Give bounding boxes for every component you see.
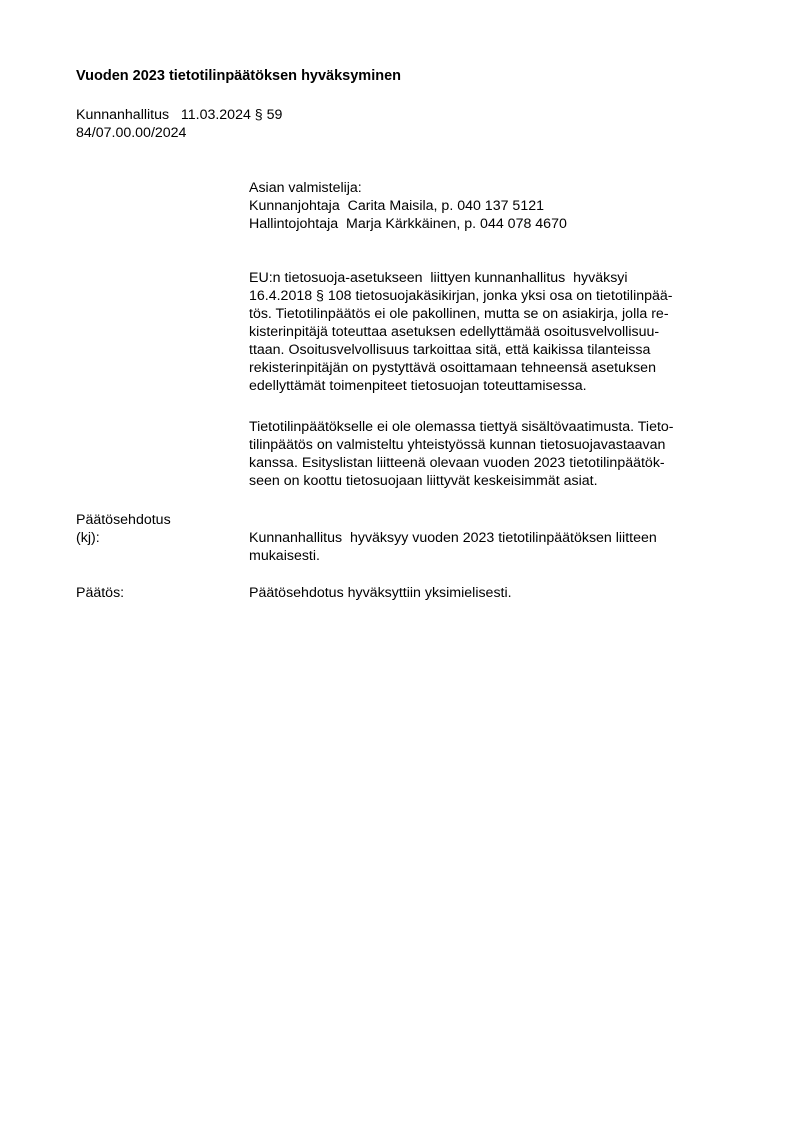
decision-label: Päätös: [76,584,124,602]
proposal-label-line: (kj): [76,529,171,547]
text-line: 16.4.2018 § 108 tietosuojakäsikirjan, jo… [249,287,739,305]
proposal-text: Kunnanhallitus hyväksyy vuoden 2023 tiet… [249,529,739,565]
meeting-meta: Kunnanhallitus 11.03.2024 § 59 84/07.00.… [76,106,282,142]
text-line: Tietotilinpäätökselle ei ole olemassa ti… [249,418,739,436]
text-line: ttaan. Osoitusvelvollisuus tarkoittaa si… [249,341,739,359]
decision-text: Päätösehdotus hyväksyttiin yksimielisest… [249,584,739,602]
text-line: kanssa. Esityslistan liitteenä olevaan v… [249,454,739,472]
preparer-line: Hallintojohtaja Marja Kärkkäinen, p. 044… [249,215,739,233]
text-line: rekisterinpitäjän on pystyttävä osoittam… [249,359,739,377]
proposal-label-line: Päätösehdotus [76,511,171,529]
meeting-reference: Kunnanhallitus 11.03.2024 § 59 [76,106,282,124]
preparer-block: Asian valmistelija: Kunnanjohtaja Carita… [249,179,739,233]
record-number: 84/07.00.00/2024 [76,124,282,142]
text-line: Kunnanhallitus hyväksyy vuoden 2023 tiet… [249,529,739,547]
text-line: mukaisesti. [249,547,739,565]
text-line: edellyttämät toimenpiteet tietosuojan to… [249,377,739,395]
paragraph-details: Tietotilinpäätökselle ei ole olemassa ti… [249,418,739,490]
preparer-heading: Asian valmistelija: [249,179,739,197]
preparer-line: Kunnanjohtaja Carita Maisila, p. 040 137… [249,197,739,215]
text-line: kisterinpitäjä toteuttaa asetuksen edell… [249,323,739,341]
text-line: seen on koottu tietosuojaan liittyvät ke… [249,472,739,490]
text-line: EU:n tietosuoja-asetukseen liittyen kunn… [249,269,739,287]
proposal-label: Päätösehdotus (kj): [76,511,171,547]
document-title: Vuoden 2023 tietotilinpäätöksen hyväksym… [76,68,401,84]
paragraph-background: EU:n tietosuoja-asetukseen liittyen kunn… [249,269,739,395]
text-line: tilinpäätös on valmisteltu yhteistyössä … [249,436,739,454]
text-line: tös. Tietotilinpäätös ei ole pakollinen,… [249,305,739,323]
